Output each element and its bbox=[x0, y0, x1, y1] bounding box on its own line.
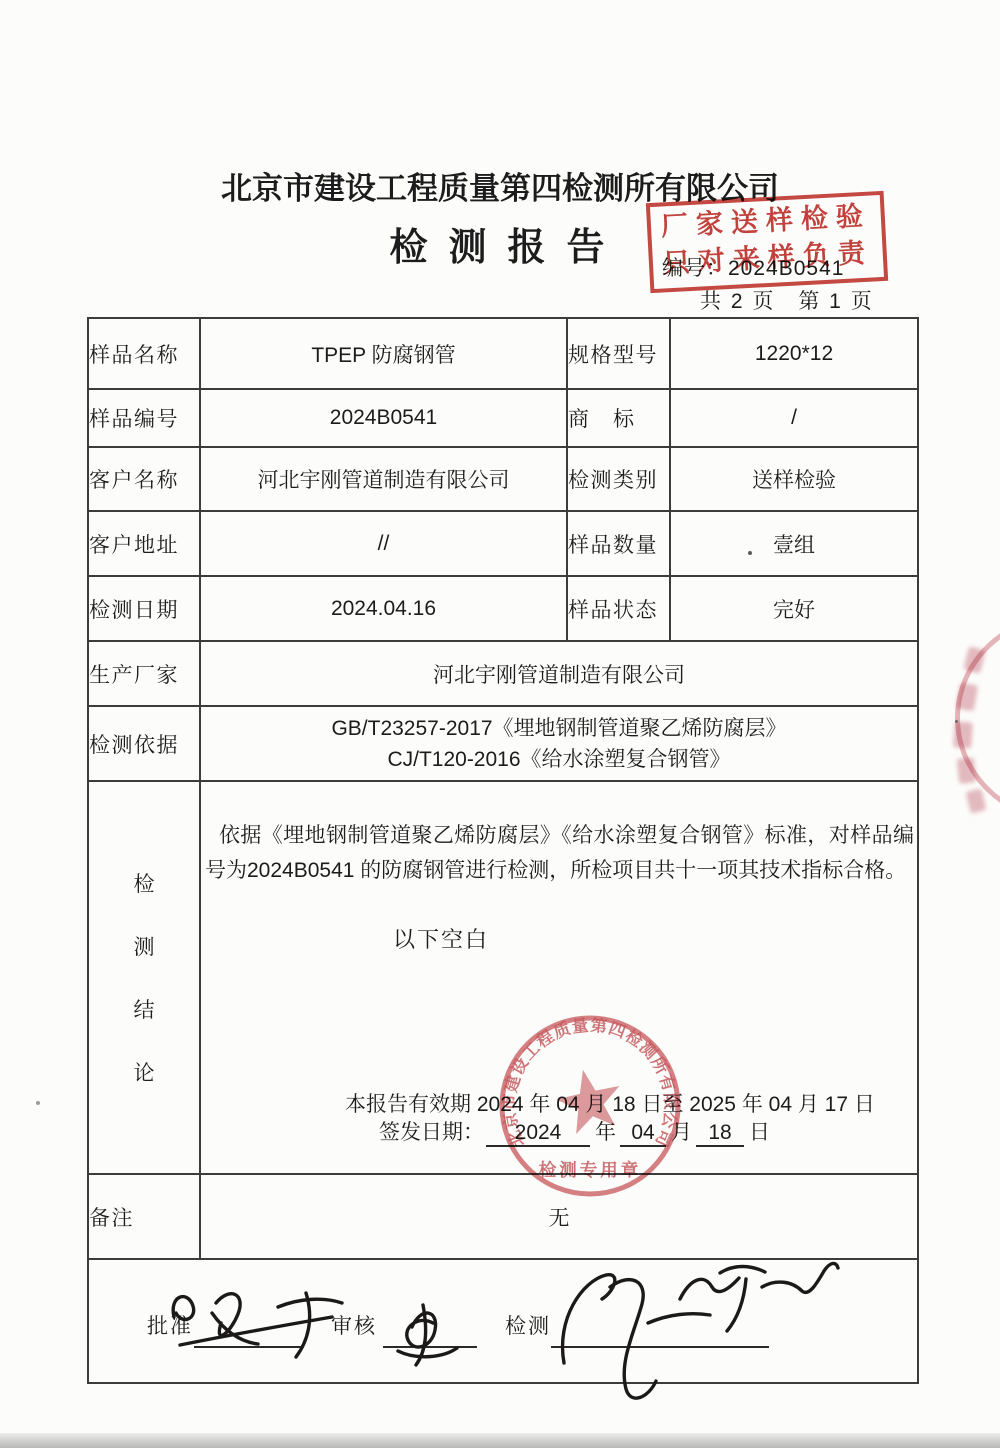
report-table: 样品名称 TPEP 防腐钢管 规格型号 1220*12 样品编号 2024B05… bbox=[87, 317, 919, 1384]
handwritten-signatures bbox=[160, 1255, 850, 1420]
table-row: 样品编号 2024B0541 商 标 / bbox=[88, 389, 918, 447]
table-row: 检测依据 GB/T23257-2017《埋地钢制管道聚乙烯防腐层》 CJ/T12… bbox=[88, 706, 918, 781]
basis-line-2: CJ/T120-2016《给水涂塑复合钢管》 bbox=[201, 744, 917, 775]
issue-day-unit: 日 bbox=[749, 1121, 770, 1144]
blank-below-note: 以下空白 bbox=[393, 923, 489, 954]
field-value: 壹组 bbox=[670, 511, 918, 576]
field-value: TPEP 防腐钢管 bbox=[200, 318, 567, 389]
field-label: 检测类别 bbox=[567, 447, 670, 511]
seal-bottom-text: 检测专用章 bbox=[539, 1160, 642, 1180]
table-row: 生产厂家 河北宇刚管道制造有限公司 bbox=[88, 641, 918, 706]
basis-label: 检测依据 bbox=[88, 706, 200, 781]
field-value: 送样检验 bbox=[670, 447, 918, 511]
field-value: 完好 bbox=[670, 576, 918, 641]
scan-speck bbox=[955, 720, 958, 723]
table-row: 客户地址 // 样品数量 壹组 bbox=[88, 511, 918, 576]
table-row: 客户名称 河北宇刚管道制造有限公司 检测类别 送样检验 bbox=[88, 447, 918, 511]
seal-star bbox=[551, 1063, 627, 1137]
edge-stamp-mark bbox=[953, 721, 973, 748]
review-signature bbox=[398, 1305, 457, 1365]
conclusion-paragraph: 依据《埋地钢制管道聚乙烯防腐层》《给水涂塑复合钢管》标准，对样品编号为2024B… bbox=[205, 818, 914, 888]
issue-date-label: 签发日期： bbox=[379, 1121, 484, 1144]
edge-stamp-mark bbox=[966, 788, 987, 813]
conclusion-label-char: 测 bbox=[134, 931, 155, 961]
field-value: 1220*12 bbox=[670, 318, 918, 389]
field-label: 商 标 bbox=[567, 389, 670, 447]
field-value: / bbox=[670, 389, 918, 447]
field-label: 规格型号 bbox=[567, 318, 670, 389]
conclusion-label-char: 论 bbox=[134, 1057, 155, 1087]
field-value: // bbox=[200, 511, 567, 576]
conclusion-label-char: 结 bbox=[134, 994, 155, 1024]
table-row: 样品名称 TPEP 防腐钢管 规格型号 1220*12 bbox=[88, 318, 918, 389]
inspection-seal: 北京市建设工程质量第四检测所有限公司 检测专用章 bbox=[497, 1013, 683, 1199]
conclusion-label: 检 测 结 论 bbox=[88, 781, 200, 1174]
supplier-sample-stamp: 厂家送样检验 只对来样负责 bbox=[646, 191, 888, 293]
field-label: 客户地址 bbox=[88, 511, 200, 576]
basis-value: GB/T23257-2017《埋地钢制管道聚乙烯防腐层》 CJ/T120-201… bbox=[200, 706, 918, 781]
scan-edge-band bbox=[0, 1433, 1000, 1448]
basis-line-1: GB/T23257-2017《埋地钢制管道聚乙烯防腐层》 bbox=[201, 713, 917, 744]
test-signature bbox=[563, 1263, 838, 1398]
field-label: 样品状态 bbox=[567, 576, 670, 641]
field-label: 样品编号 bbox=[88, 389, 200, 447]
table-row: 检测日期 2024.04.16 样品状态 完好 bbox=[88, 576, 918, 641]
remark-label: 备注 bbox=[88, 1174, 200, 1259]
field-value: 河北宇刚管道制造有限公司 bbox=[200, 447, 567, 511]
conclusion-label-char: 检 bbox=[134, 868, 155, 898]
scan-speck bbox=[748, 551, 752, 555]
field-value: 2024.04.16 bbox=[200, 576, 567, 641]
field-value: 2024B0541 bbox=[200, 389, 567, 447]
manufacturer-value: 河北宇刚管道制造有限公司 bbox=[200, 641, 918, 706]
issue-day: 18 bbox=[696, 1121, 744, 1147]
manufacturer-label: 生产厂家 bbox=[88, 641, 200, 706]
pagination: 共 2 页 第 1 页 bbox=[700, 285, 874, 315]
field-label: 检测日期 bbox=[88, 576, 200, 641]
field-label: 样品名称 bbox=[88, 318, 200, 389]
field-label: 客户名称 bbox=[88, 447, 200, 511]
approve-signature bbox=[173, 1293, 342, 1357]
report-page: 北京市建设工程质量第四检测所有限公司 检测报告 编号：2024B0541 共 2… bbox=[0, 0, 1000, 1448]
edge-stamp-mark bbox=[957, 757, 977, 784]
scan-speck bbox=[36, 1101, 40, 1105]
field-label: 样品数量 bbox=[567, 511, 670, 576]
